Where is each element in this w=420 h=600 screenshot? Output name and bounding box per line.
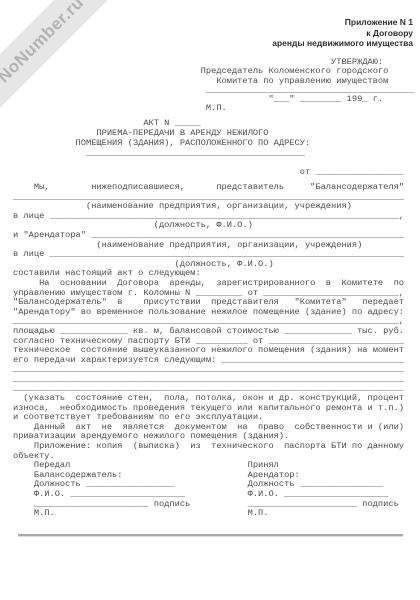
act-title-block: АКТ N _____ ПРИЕМА-ПЕРЕДАЧИ В АРЕНДУ НЕЖ… — [13, 119, 310, 159]
approval-block: УТВЕРЖДАЮ: Председатель Коломенского гор… — [13, 58, 414, 114]
bottom-divider — [18, 534, 403, 537]
appendix-header: Приложение N 1 к Договору аренды недвижи… — [272, 17, 413, 49]
document-page: NoNumber.ru Приложение N 1 к Договору ар… — [0, 0, 420, 600]
from-date-line: от _________________ — [13, 168, 404, 178]
act-body-block: Мы, нижеподписавшиеся, представитель "Ба… — [13, 183, 404, 519]
